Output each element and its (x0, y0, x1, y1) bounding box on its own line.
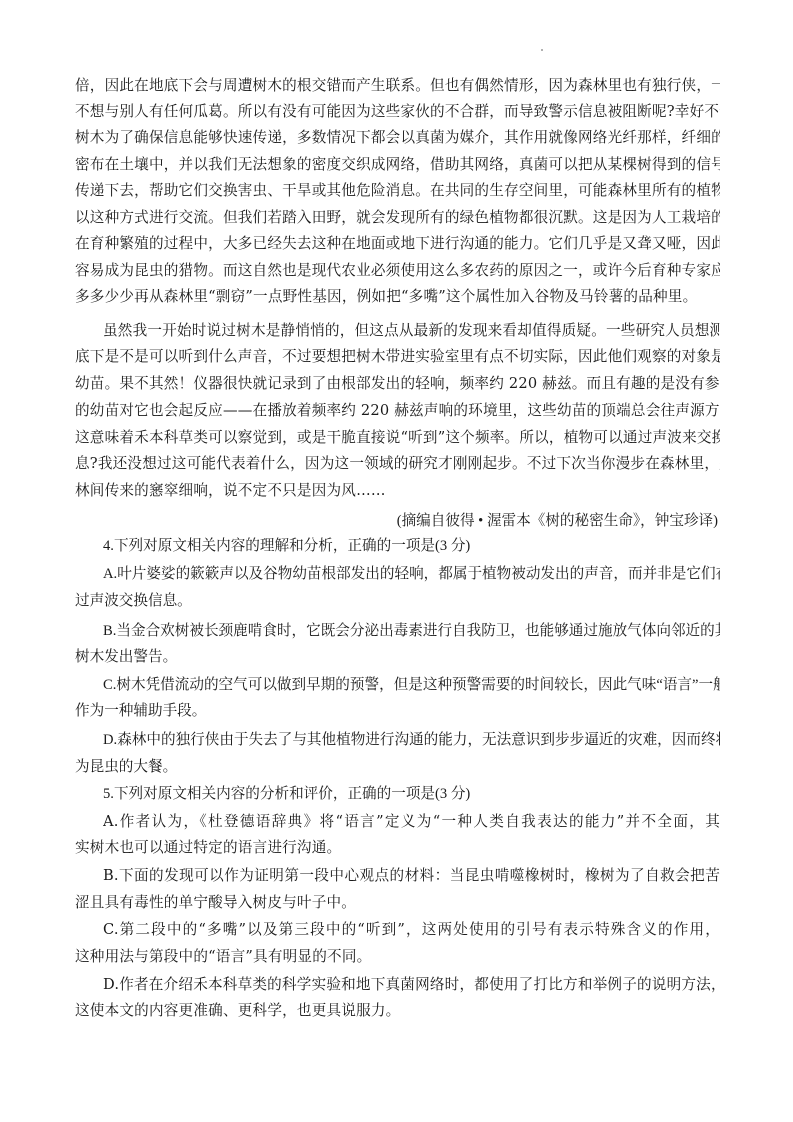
q5-option-b-cont: 涩且具有毒性的单宁酸导入树皮与叶子中。 (75, 892, 720, 914)
source-attribution: (摘编自彼得 • 渥雷本《树的秘密生命》，钟宝珍译) (397, 510, 718, 532)
q5-option-a-cont: 实树木也可以通过特定的语言进行沟通。 (75, 837, 720, 859)
q4-option-a-cont: 过声波交换信息。 (75, 590, 720, 612)
q4-option-b: B.当金合欢树被长颈鹿啃食时，它既会分泌出毒素进行自我防卫，也能够通过施放气体向… (103, 620, 720, 642)
q4-option-d: D.森林中的独行侠由于失去了与其他植物进行沟通的能力，无法意识到步步逼近的灾难，… (103, 729, 720, 751)
q5-option-b: B.下面的发现可以作为证明第一段中心观点的材料：当昆虫啃噬橡树时，橡树为了自救会… (103, 865, 720, 887)
document-page: 倍，因此在地底下会与周遭树木的根交错而产生联系。但也有偶然情形，因为森林里也有独… (0, 0, 793, 1122)
q5-option-c-cont: 这种用法与第段中的“语言”具有明显的不同。 (75, 946, 720, 968)
passage-line: 不想与别人有任何瓜葛。所以有没有可能因为这些家伙的不合群，而导致警示信息被阻断呢… (75, 101, 720, 123)
passage-line: 倍，因此在地底下会与周遭树木的根交错而产生联系。但也有偶然情形，因为森林里也有独… (75, 75, 720, 97)
passage-line: 林间传来的窸窣细响，说不定不只是因为风…… (75, 480, 720, 502)
passage-line: 传递下去，帮助它们交换害虫、干旱或其他危险消息。在共同的生存空间里，可能森林里所… (75, 180, 720, 202)
passage-line: 幼苗。果不其然！仪器很快就记录到了由根部发出的轻响，频率约 220 赫兹。而且有… (75, 373, 720, 395)
q4-option-c-cont: 作为一种辅助手段。 (75, 700, 720, 722)
passage-line: 多多少少再从森林里“剽窃”一点野性基因，例如把“多嘴”这个属性加入谷物及马铃薯的… (75, 286, 720, 308)
question-4-stem: 4.下列对原文相关内容的理解和分析，正确的一项是(3 分) (103, 535, 720, 557)
passage-line: 树木为了确保信息能够快速传递，多数情况下都会以真菌为媒介，其作用就像网络光纤那样… (75, 127, 720, 149)
q5-option-d-cont: 这使本文的内容更准确、更科学，也更具说服力。 (75, 1000, 720, 1022)
passage-line: 这意味着禾本科草类可以察觉到，或是干脆直接说“听到”这个频率。所以，植物可以通过… (75, 427, 720, 449)
q4-option-c: C.树木凭借流动的空气可以做到早期的预警，但是这种预警需要的时间较长，因此气味“… (103, 674, 720, 696)
q5-option-d: D.作者在介绍禾本科草类的科学实验和地下真菌网络时，都使用了打比方和举例子的说明… (103, 974, 720, 996)
passage-line: 以这种方式进行交流。但我们若踏入田野，就会发现所有的绿色植物都很沉默。这是因为人… (75, 207, 720, 229)
passage-line: 底下是不是可以听到什么声音，不过要想把树木带进实验室里有点不切实际，因此他们观察… (75, 346, 720, 368)
q5-option-a: A.作者认为，《杜登德语辞典》将“语言”定义为“一种人类自我表达的能力”并不全面… (103, 811, 720, 833)
q4-option-d-cont: 为昆虫的大餐。 (75, 756, 720, 778)
page-marker-dot (541, 49, 543, 51)
q4-option-a: A.叶片婆娑的簌簌声以及谷物幼苗根部发出的轻响，都属于植物被动发出的声音，而并非… (103, 563, 720, 585)
question-5-stem: 5.下列对原文相关内容的分析和评价，正确的一项是(3 分) (103, 783, 720, 805)
q4-option-b-cont: 树木发出警告。 (75, 646, 720, 668)
q5-option-c: C.第二段中的“多嘴”以及第三段中的“听到”，这两处使用的引号有表示特殊含义的作… (103, 919, 720, 941)
passage-line: 的幼苗对它也会起反应——在播放着频率约 220 赫兹声响的环境里，这些幼苗的顶端… (75, 400, 720, 422)
passage-line: 虽然我一开始时说过树木是静悄悄的，但这点从最新的发现来看却值得质疑。一些研究人员… (103, 320, 720, 342)
passage-line: 密布在土壤中，并以我们无法想象的密度交织成网络，借助其网络，真菌可以把从某棵树得… (75, 154, 720, 176)
passage-line: 容易成为昆虫的猎物。而这自然也是现代农业必须使用这么多农药的原因之一，或许今后育… (75, 260, 720, 282)
passage-line: 在育种繁殖的过程中，大多已经失去这种在地面或地下进行沟通的能力。它们几乎是又聋又… (75, 233, 720, 255)
passage-line: 息?我还没想过这可能代表着什么，因为这一领域的研究才刚刚起步。不过下次当你漫步在… (75, 453, 720, 475)
